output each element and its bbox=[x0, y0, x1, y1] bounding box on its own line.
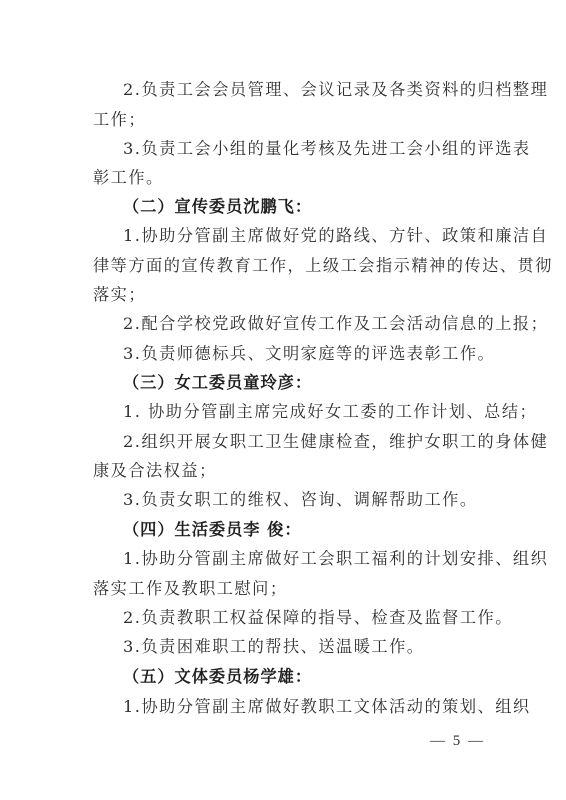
section-heading: （三）女工委员童玲彦： bbox=[93, 373, 517, 393]
body-line: 1.协助分管副主席做好教职工文体活动的策划、组织 bbox=[93, 697, 517, 717]
body-line: 2.负责教职工权益保障的指导、检查及监督工作。 bbox=[93, 608, 517, 628]
section-heading: （五）文体委员杨学雄： bbox=[93, 667, 517, 687]
body-line: 3.负责师德标兵、文明家庭等的评选表彰工作。 bbox=[93, 344, 517, 364]
page-number: — 5 — bbox=[430, 733, 485, 750]
body-line: 康及合法权益； bbox=[93, 461, 487, 481]
section-heading: （二）宣传委员沈鹏飞： bbox=[93, 197, 517, 217]
body-line: 2.配合学校党政做好宣传工作及工会活动信息的上报； bbox=[93, 314, 517, 334]
body-line: 彰工作。 bbox=[93, 168, 487, 188]
body-line: 1.协助分管副主席做好工会职工福利的计划安排、组织 bbox=[93, 549, 517, 569]
body-line: 律等方面的宣传教育工作，上级工会指示精神的传达、贯彻 bbox=[93, 256, 487, 276]
body-line: 落实； bbox=[93, 285, 487, 305]
body-line: 2.负责工会会员管理、会议记录及各类资料的归档整理 bbox=[93, 80, 517, 100]
body-line: 3.负责工会小组的量化考核及先进工会小组的评选表 bbox=[93, 139, 517, 159]
body-line: 2.组织开展女职工卫生健康检查，维护女职工的身体健 bbox=[93, 432, 517, 452]
body-line: 3.负责困难职工的帮扶、送温暖工作。 bbox=[93, 637, 517, 657]
section-heading: （四）生活委员李 俊： bbox=[93, 520, 517, 540]
body-line: 落实工作及教职工慰问； bbox=[93, 579, 487, 599]
body-line: 1. 协助分管副主席完成好女工委的工作计划、总结； bbox=[93, 402, 517, 422]
body-line: 1.协助分管副主席做好党的路线、方针、政策和廉洁自 bbox=[93, 226, 517, 246]
body-line: 工作； bbox=[93, 110, 487, 130]
body-line: 3.负责女职工的维权、咨询、调解帮助工作。 bbox=[93, 490, 517, 510]
